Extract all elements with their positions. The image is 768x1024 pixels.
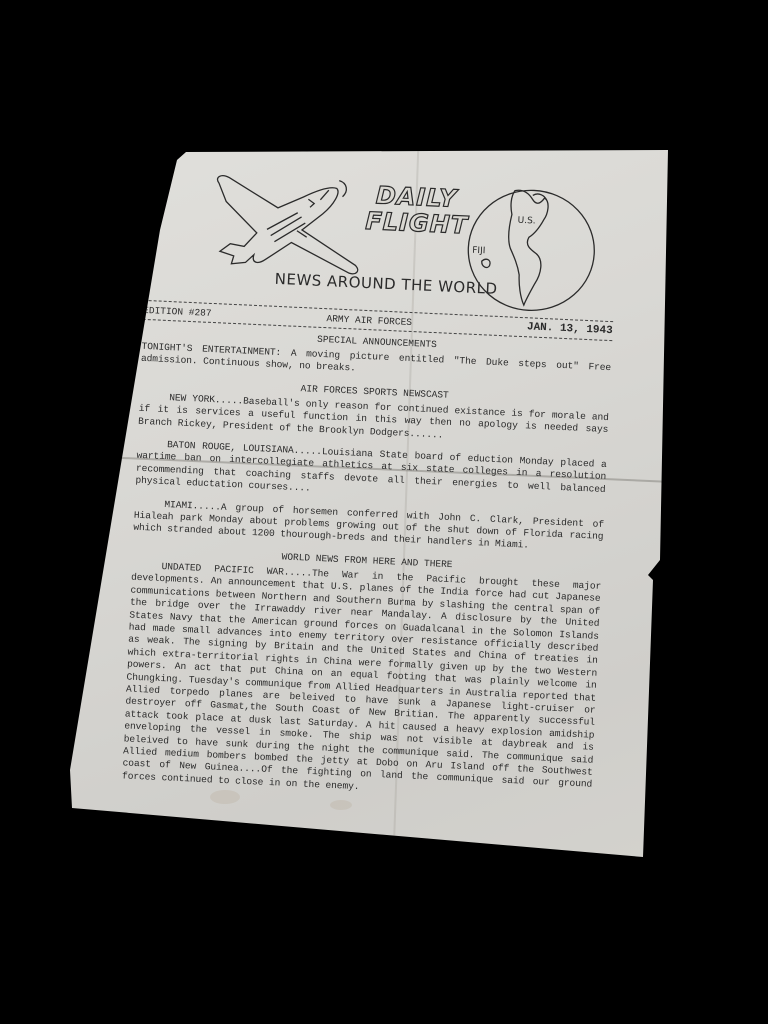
edition-number: EDITION #287	[143, 304, 212, 318]
newsletter-content: DAILY FLIGHT NEWS AROUND THE WORLD U.S. …	[121, 160, 619, 814]
airplane-drawing-icon	[205, 171, 370, 283]
globe-label-us: U.S.	[517, 216, 535, 227]
article-baton-rouge: BATON ROUGE, LOUISIANA.....Louisiana Sta…	[135, 438, 607, 509]
issue-date: JAN. 13, 1943	[527, 321, 613, 337]
globe-label-fiji: FIJI	[472, 246, 486, 257]
newsletter-title: DAILY FLIGHT	[365, 182, 467, 238]
article-pacific-war: UNDATED PACIFIC WAR.....The War in the P…	[122, 559, 602, 803]
globe-drawing-icon: U.S. FIJI	[461, 182, 602, 318]
title-line-2: FLIGHT	[365, 208, 466, 239]
masthead: DAILY FLIGHT NEWS AROUND THE WORLD U.S. …	[144, 160, 620, 321]
newsletter-sheet: DAILY FLIGHT NEWS AROUND THE WORLD U.S. …	[0, 0, 768, 1024]
organization: ARMY AIR FORCES	[326, 313, 412, 328]
